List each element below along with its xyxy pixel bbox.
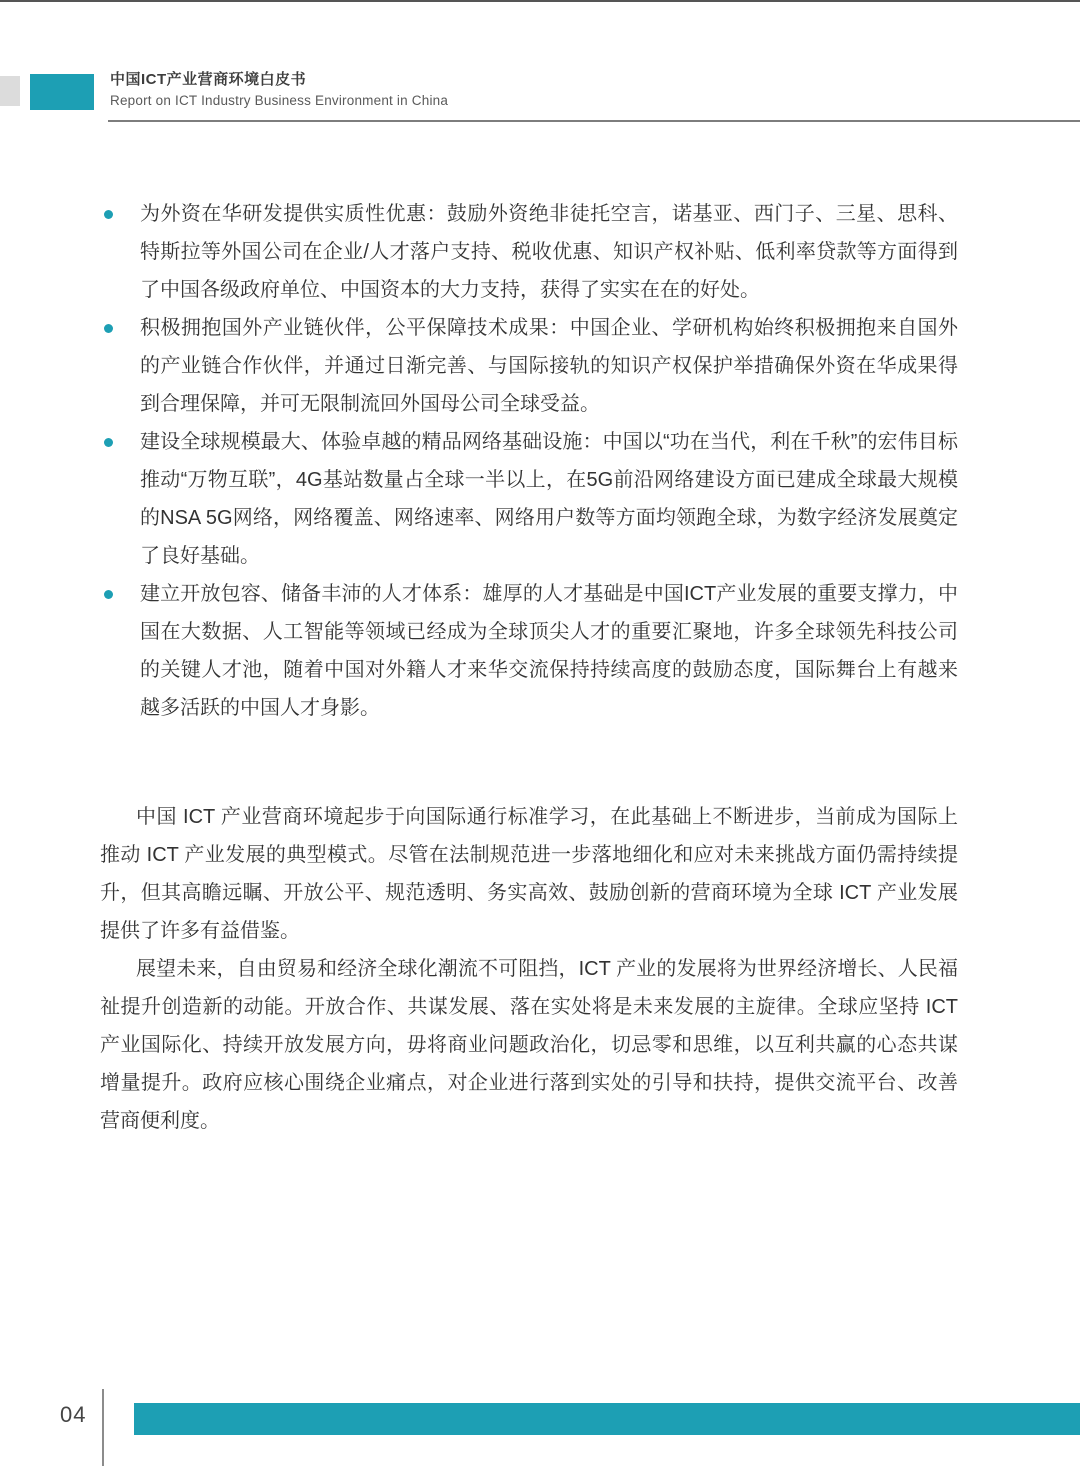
header-rule [108,120,1080,122]
list-item: 为外资在华研发提供实质性优惠：鼓励外资绝非徒托空言，诺基亚、西门子、三星、思科、… [100,195,958,309]
bullet-dot-icon [104,590,113,599]
header-teal-square [30,74,94,110]
bullet-text: 积极拥抱国外产业链伙伴，公平保障技术成果：中国企业、学研机构始终积极拥抱来自国外… [140,317,958,415]
paragraph: 展望未来，自由贸易和经济全球化潮流不可阻挡，ICT 产业的发展将为世界经济增长、… [100,950,958,1140]
bullet-list: 为外资在华研发提供实质性优惠：鼓励外资绝非徒托空言，诺基亚、西门子、三星、思科、… [100,195,958,727]
list-item: 建立开放包容、储备丰沛的人才体系：雄厚的人才基础是中国ICT产业发展的重要支撑力… [100,575,958,727]
bullet-dot-icon [104,210,113,219]
list-item: 建设全球规模最大、体验卓越的精品网络基础设施：中国以“功在当代，利在千秋”的宏伟… [100,423,958,575]
page-subtitle: Report on ICT Industry Business Environm… [110,93,448,108]
header-text-block: 中国ICT产业营商环境白皮书 Report on ICT Industry Bu… [110,72,448,108]
bullet-text: 建立开放包容、储备丰沛的人才体系：雄厚的人才基础是中国ICT产业发展的重要支撑力… [140,583,958,719]
footer-accent-bar [134,1403,1080,1435]
list-item: 积极拥抱国外产业链伙伴，公平保障技术成果：中国企业、学研机构始终积极拥抱来自国外… [100,309,958,423]
page-title: 中国ICT产业营商环境白皮书 [110,72,448,89]
bullet-dot-icon [104,324,113,333]
page-top-edge [0,0,1080,2]
bullet-text: 为外资在华研发提供实质性优惠：鼓励外资绝非徒托空言，诺基亚、西门子、三星、思科、… [140,203,958,301]
page-number: 04 [60,1402,86,1428]
bullet-text: 建设全球规模最大、体验卓越的精品网络基础设施：中国以“功在当代，利在千秋”的宏伟… [140,431,958,567]
header-gray-square [0,76,20,106]
footer-divider [102,1389,104,1466]
bullet-dot-icon [104,438,113,447]
page-content: 为外资在华研发提供实质性优惠：鼓励外资绝非徒托空言，诺基亚、西门子、三星、思科、… [100,195,958,1140]
paragraph: 中国 ICT 产业营商环境起步于向国际通行标准学习，在此基础上不断进步，当前成为… [100,798,958,950]
